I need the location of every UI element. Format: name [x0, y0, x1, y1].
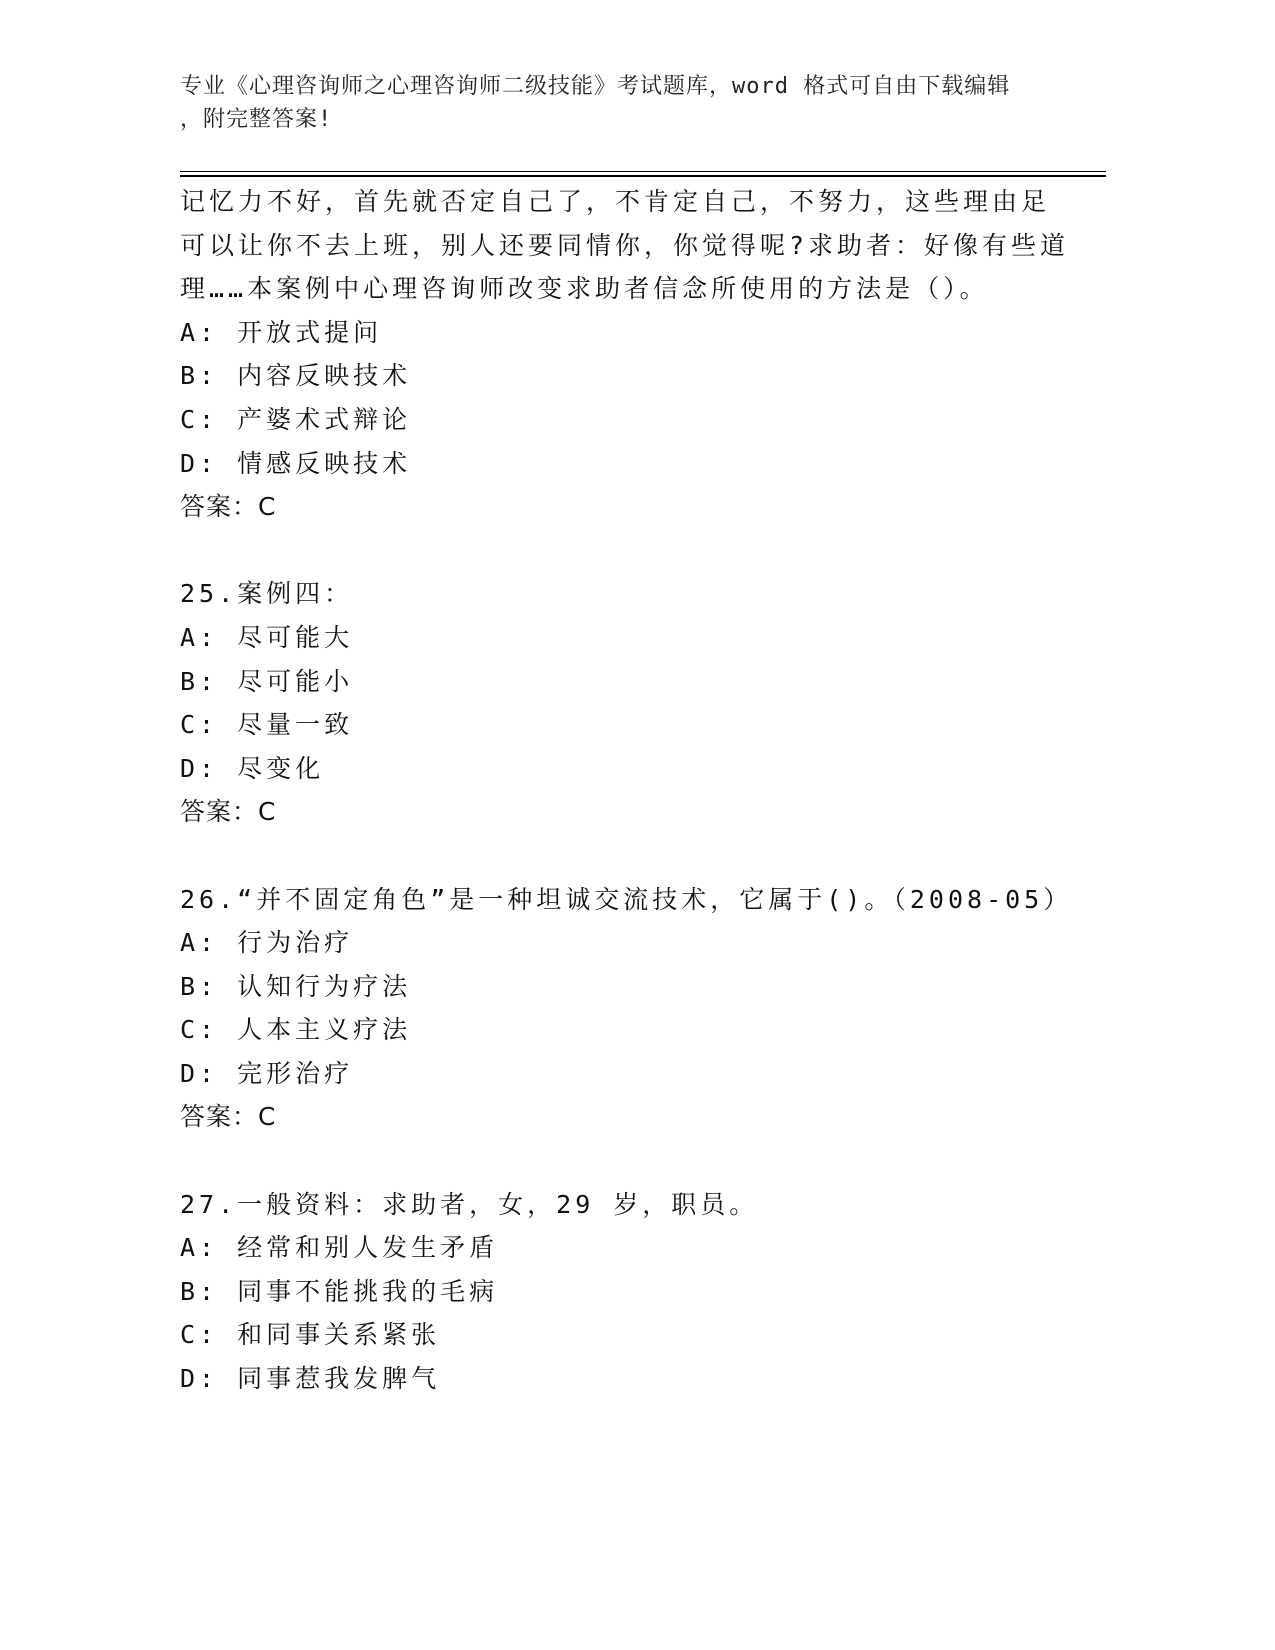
question-stem: 25.案例四： — [180, 572, 1080, 616]
option-b: B: 认知行为疗法 — [180, 965, 1080, 1009]
option-b: B: 同事不能挑我的毛病 — [180, 1270, 1080, 1314]
document-header: 专业《心理咨询师之心理咨询师二级技能》考试题库，word 格式可自由下载编辑 ，… — [180, 70, 1080, 136]
question-stem: 27.一般资料：求助者，女，29 岁，职员。 — [180, 1183, 1080, 1227]
option-a: A: 行为治疗 — [180, 921, 1080, 965]
option-c: C: 和同事关系紧张 — [180, 1313, 1080, 1357]
spacer — [180, 1139, 1080, 1183]
header-rule-thin — [180, 171, 1106, 172]
option-d: D: 完形治疗 — [180, 1052, 1080, 1096]
answer-line: 答案：C — [180, 1095, 1080, 1139]
question-25: 25.案例四： A: 尽可能大 B: 尽可能小 C: 尽量一致 D: 尽变化 答… — [180, 572, 1080, 834]
option-b: B: 尽可能小 — [180, 660, 1080, 704]
option-c: C: 人本主义疗法 — [180, 1008, 1080, 1052]
option-d: D: 情感反映技术 — [180, 442, 1080, 486]
option-b: B: 内容反映技术 — [180, 354, 1080, 398]
header-rule-thick — [180, 175, 1106, 177]
question-24-continuation: 记忆力不好，首先就否定自己了，不肯定自己，不努力，这些理由足 可以让你不去上班，… — [180, 180, 1080, 529]
option-d: D: 同事惹我发脾气 — [180, 1357, 1080, 1401]
question-stem: 26.“并不固定角色”是一种坦诚交流技术，它属于()。（2008-05） — [180, 878, 1080, 922]
spacer — [180, 529, 1080, 573]
option-c: C: 产婆术式辩论 — [180, 398, 1080, 442]
option-a: A: 经常和别人发生矛盾 — [180, 1226, 1080, 1270]
question-27: 27.一般资料：求助者，女，29 岁，职员。 A: 经常和别人发生矛盾 B: 同… — [180, 1183, 1080, 1401]
header-line-2: ，附完整答案! — [180, 103, 1080, 136]
question-stem-line: 可以让你不去上班，别人还要同情你，你觉得呢?求助者：好像有些道 — [180, 224, 1080, 268]
option-c: C: 尽量一致 — [180, 703, 1080, 747]
question-list: 记忆力不好，首先就否定自己了，不肯定自己，不努力，这些理由足 可以让你不去上班，… — [180, 180, 1080, 1401]
option-d: D: 尽变化 — [180, 747, 1080, 791]
answer-line: 答案：C — [180, 485, 1080, 529]
question-stem-line: 理……本案例中心理咨询师改变求助者信念所使用的方法是（）。 — [180, 267, 1080, 311]
document-page: 专业《心理咨询师之心理咨询师二级技能》考试题库，word 格式可自由下载编辑 ，… — [0, 0, 1275, 1650]
question-26: 26.“并不固定角色”是一种坦诚交流技术，它属于()。（2008-05） A: … — [180, 878, 1080, 1140]
option-a: A: 开放式提问 — [180, 311, 1080, 355]
answer-line: 答案：C — [180, 790, 1080, 834]
header-line-1: 专业《心理咨询师之心理咨询师二级技能》考试题库，word 格式可自由下载编辑 — [180, 70, 1080, 103]
spacer — [180, 834, 1080, 878]
option-a: A: 尽可能大 — [180, 616, 1080, 660]
question-stem-line: 记忆力不好，首先就否定自己了，不肯定自己，不努力，这些理由足 — [180, 180, 1080, 224]
